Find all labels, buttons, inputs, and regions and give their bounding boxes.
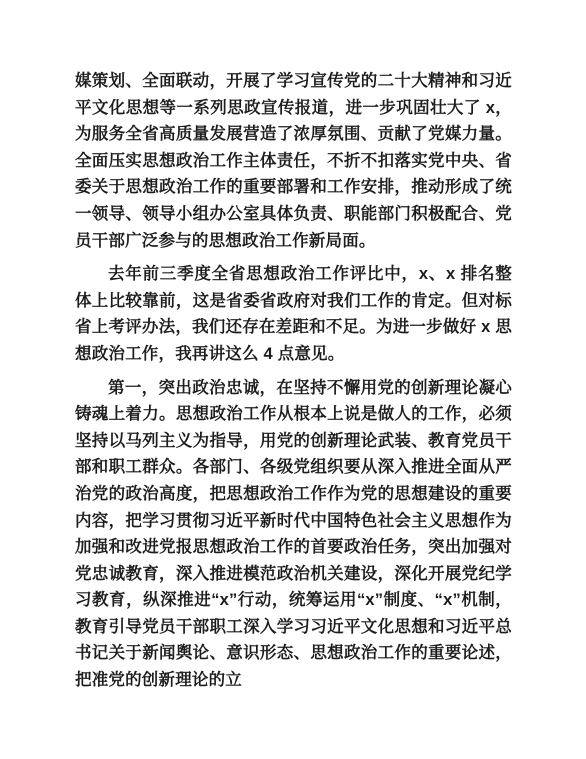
- body-text: 媒策划、全面联动，开展了学习宣传党的二十大精神和习近平文化思想等一系列思政宣传报…: [75, 68, 512, 694]
- paragraph-continuation: 媒策划、全面联动，开展了学习宣传党的二十大精神和习近平文化思想等一系列思政宣传报…: [75, 68, 512, 254]
- document-page: 媒策划、全面联动，开展了学习宣传党的二十大精神和习近平文化思想等一系列思政宣传报…: [0, 0, 586, 759]
- paragraph-point-one: 第一，突出政治忠诚，在坚持不懈用党的创新理论凝心铸魂上着力。思想政治工作从根本上…: [75, 375, 512, 694]
- paragraph-evaluation-summary: 去年前三季度全省思想政治工作评比中，x、x 排名整体上比较靠前，这是省委省政府对…: [75, 261, 512, 367]
